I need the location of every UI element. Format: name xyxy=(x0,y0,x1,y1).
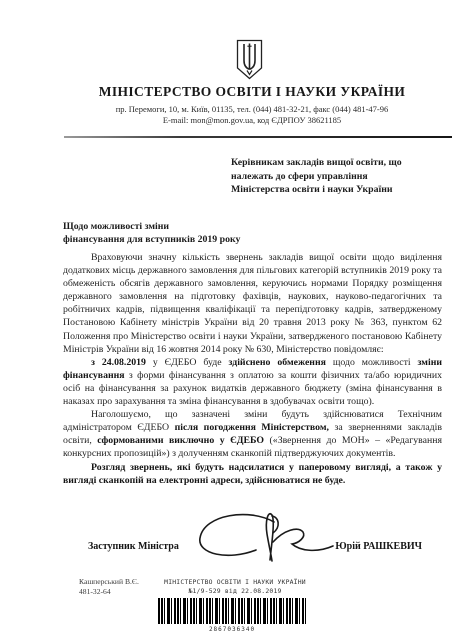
stamp-line-2: №1/9-529 від 22.08.2019 xyxy=(150,587,320,596)
body-paragraph: Розгляд звернень, які будуть надсилатися… xyxy=(63,461,442,487)
body-paragraph: Враховуючи значну кількість звернень зак… xyxy=(63,251,442,356)
body-text-bold: сформованими виключно у ЄДЕБО xyxy=(97,435,264,446)
header-divider xyxy=(64,136,452,138)
official-letter-document: МІНІСТЕРСТВО ОСВІТИ І НАУКИ УКРАЇНИ пр. … xyxy=(0,0,454,642)
recipient-line: Керівникам закладів вищої освіти, що xyxy=(231,156,441,170)
executor-contact: Кашперський В.Є. 481-32-64 xyxy=(79,577,139,596)
subject-line: фінансування для вступників 2019 року xyxy=(63,233,283,246)
letter-body: Враховуючи значну кількість звернень зак… xyxy=(63,251,442,487)
body-text-bold: Розгляд звернень, які будуть надсилатися… xyxy=(63,462,442,486)
ukraine-trident-emblem-icon xyxy=(236,39,263,80)
barcode-icon xyxy=(158,598,306,624)
address-line-2: E-mail: mon@mon.gov.ua, код ЄДРПОУ 38621… xyxy=(40,115,454,126)
stamp-line-1: МІНІСТЕРСТВО ОСВІТИ І НАУКИ УКРАЇНИ xyxy=(150,578,320,587)
body-text-bold: після погодження Міністерством, xyxy=(175,422,329,433)
body-text: Враховуючи значну кількість звернень зак… xyxy=(63,252,442,355)
executor-phone: 481-32-64 xyxy=(79,587,139,597)
body-text-bold: з 24.08.2019 xyxy=(91,357,146,368)
body-paragraph: Наголошуємо, що зазначені зміни будуть з… xyxy=(63,408,442,460)
ministry-title: МІНІСТЕРСТВО ОСВІТИ І НАУКИ УКРАЇНИ xyxy=(40,84,454,100)
ministry-address: пр. Перемоги, 10, м. Київ, 01135, тел. (… xyxy=(40,104,454,126)
body-paragraph: з 24.08.2019 у ЄДЕБО буде здійснено обме… xyxy=(63,356,442,408)
signer-position-title: Заступник Міністра xyxy=(88,541,179,552)
signer-name: Юрій РАШКЕВИЧ xyxy=(335,541,422,552)
body-text: у ЄДЕБО буде xyxy=(146,357,229,368)
subject-line: Щодо можливості зміни xyxy=(63,220,283,233)
executor-name: Кашперський В.Є. xyxy=(79,577,139,587)
recipient-line: належать до сфери управління xyxy=(231,170,441,184)
subject-block: Щодо можливості зміни фінансування для в… xyxy=(63,220,283,246)
body-text: щодо можливості xyxy=(326,357,418,368)
recipient-line: Міністерства освіти і науки України xyxy=(231,183,441,197)
recipient-block: Керівникам закладів вищої освіти, що нал… xyxy=(231,156,441,197)
address-line-1: пр. Перемоги, 10, м. Київ, 01135, тел. (… xyxy=(40,104,454,115)
barcode-number: 2867036340 xyxy=(158,626,306,633)
body-text-bold: здійснено обмеження xyxy=(228,357,325,368)
registration-stamp: МІНІСТЕРСТВО ОСВІТИ І НАУКИ УКРАЇНИ №1/9… xyxy=(150,578,320,596)
handwritten-signature-icon xyxy=(186,504,338,580)
